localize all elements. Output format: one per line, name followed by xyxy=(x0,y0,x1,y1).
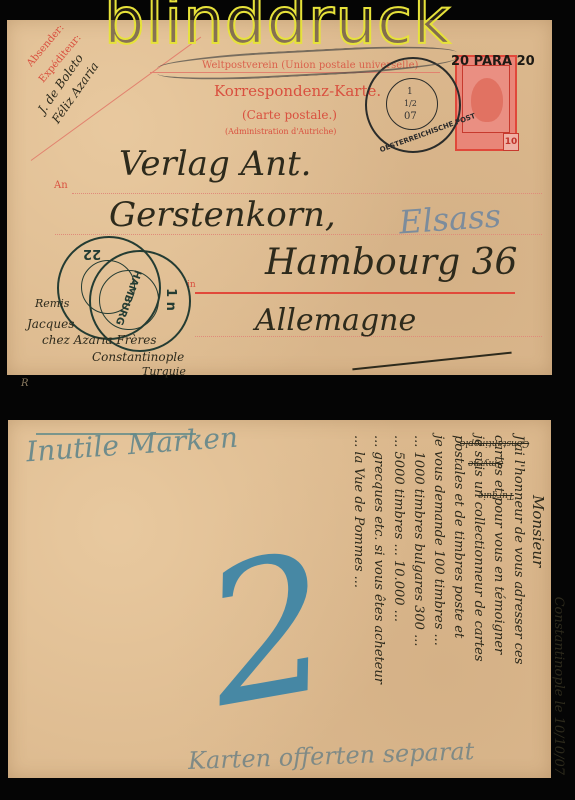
card-subtitle: (Carte postale.) xyxy=(242,108,337,122)
blue-crayon-mark: 2 xyxy=(190,511,347,750)
stamp-overprint: 20 PARA 20 xyxy=(451,54,535,69)
return-hand-4: Constantinople xyxy=(92,350,184,364)
city-line xyxy=(195,292,515,294)
address-hand-4: Allemagne xyxy=(255,303,416,338)
crossed-address-3: Turquie xyxy=(478,490,514,500)
header-strike xyxy=(36,433,196,435)
postmark-date-3: 07 xyxy=(404,111,417,122)
address-label: An xyxy=(54,180,68,191)
postage-stamp: 10 xyxy=(455,55,517,151)
emperor-portrait-icon xyxy=(471,78,503,122)
arrival-postmark-number: 22 xyxy=(83,246,101,261)
address-hand-1: Verlag Ant. xyxy=(119,144,311,184)
letter-body: Constantinople le 10/10/07 Monsieur J'ai… xyxy=(348,435,568,775)
letter-line-6: ... 1000 timbres bulgares 300 ... xyxy=(408,435,428,775)
postmark-date-1: 1 xyxy=(407,87,413,97)
stamp-value: 10 xyxy=(503,133,519,151)
arrival-postmark-code: 1 n xyxy=(163,288,178,311)
watermark-text: blinddruck xyxy=(104,0,451,54)
administration-line: (Administration d'Autriche) xyxy=(225,127,336,136)
pencil-note-elsass: Elsass xyxy=(398,196,502,241)
header-pencil-note: Inutile Marken xyxy=(25,421,239,469)
letter-greeting: Monsieur xyxy=(528,495,548,775)
address-hand-3: Hambourg 36 xyxy=(265,242,517,283)
signature-underline xyxy=(352,352,511,371)
letter-date: Constantinople le 10/10/07 xyxy=(548,435,568,775)
postmark-date-2: 1/2 xyxy=(404,99,417,108)
postcard-back: Inutile Marken Constantinople le 10/10/0… xyxy=(8,420,551,778)
return-hand-2: Jacques xyxy=(27,317,74,331)
crossed-address-2: Smyrne xyxy=(468,458,503,468)
letter-line-2: cartes et pour vous en témoigner xyxy=(488,435,508,775)
letter-line-8: ... grecques etc. si vous êtes acheteur xyxy=(368,435,388,775)
crossed-address-1: Constantinople xyxy=(460,438,529,448)
return-hand-3: chez Azaria Frères xyxy=(42,333,157,347)
return-hand-5: Turquie xyxy=(142,365,186,378)
letter-line-7: ... 5000 timbres ... 10.000 ... xyxy=(388,435,408,775)
letter-line-1: J'ai l'honneur de vous adresser ces xyxy=(508,435,528,775)
letter-line-3: je suis un collectionneur de cartes xyxy=(468,435,488,775)
return-hand-1: Remis xyxy=(35,297,69,310)
letter-line-9: ... la Vue de Pommes ... xyxy=(348,435,368,775)
corner-mark: R xyxy=(21,378,29,389)
letter-line-4: postales et de timbres poste et xyxy=(448,435,468,775)
card-title: Korrespondenz-Karte. xyxy=(214,82,381,100)
postcard-front: Absender: Expéditeur: J. de Boleto Féliz… xyxy=(7,20,552,375)
address-line-1 xyxy=(72,193,542,194)
letter-line-5: je vous demande 100 timbres ... xyxy=(428,435,448,775)
address-hand-2: Gerstenkorn, xyxy=(109,195,336,235)
